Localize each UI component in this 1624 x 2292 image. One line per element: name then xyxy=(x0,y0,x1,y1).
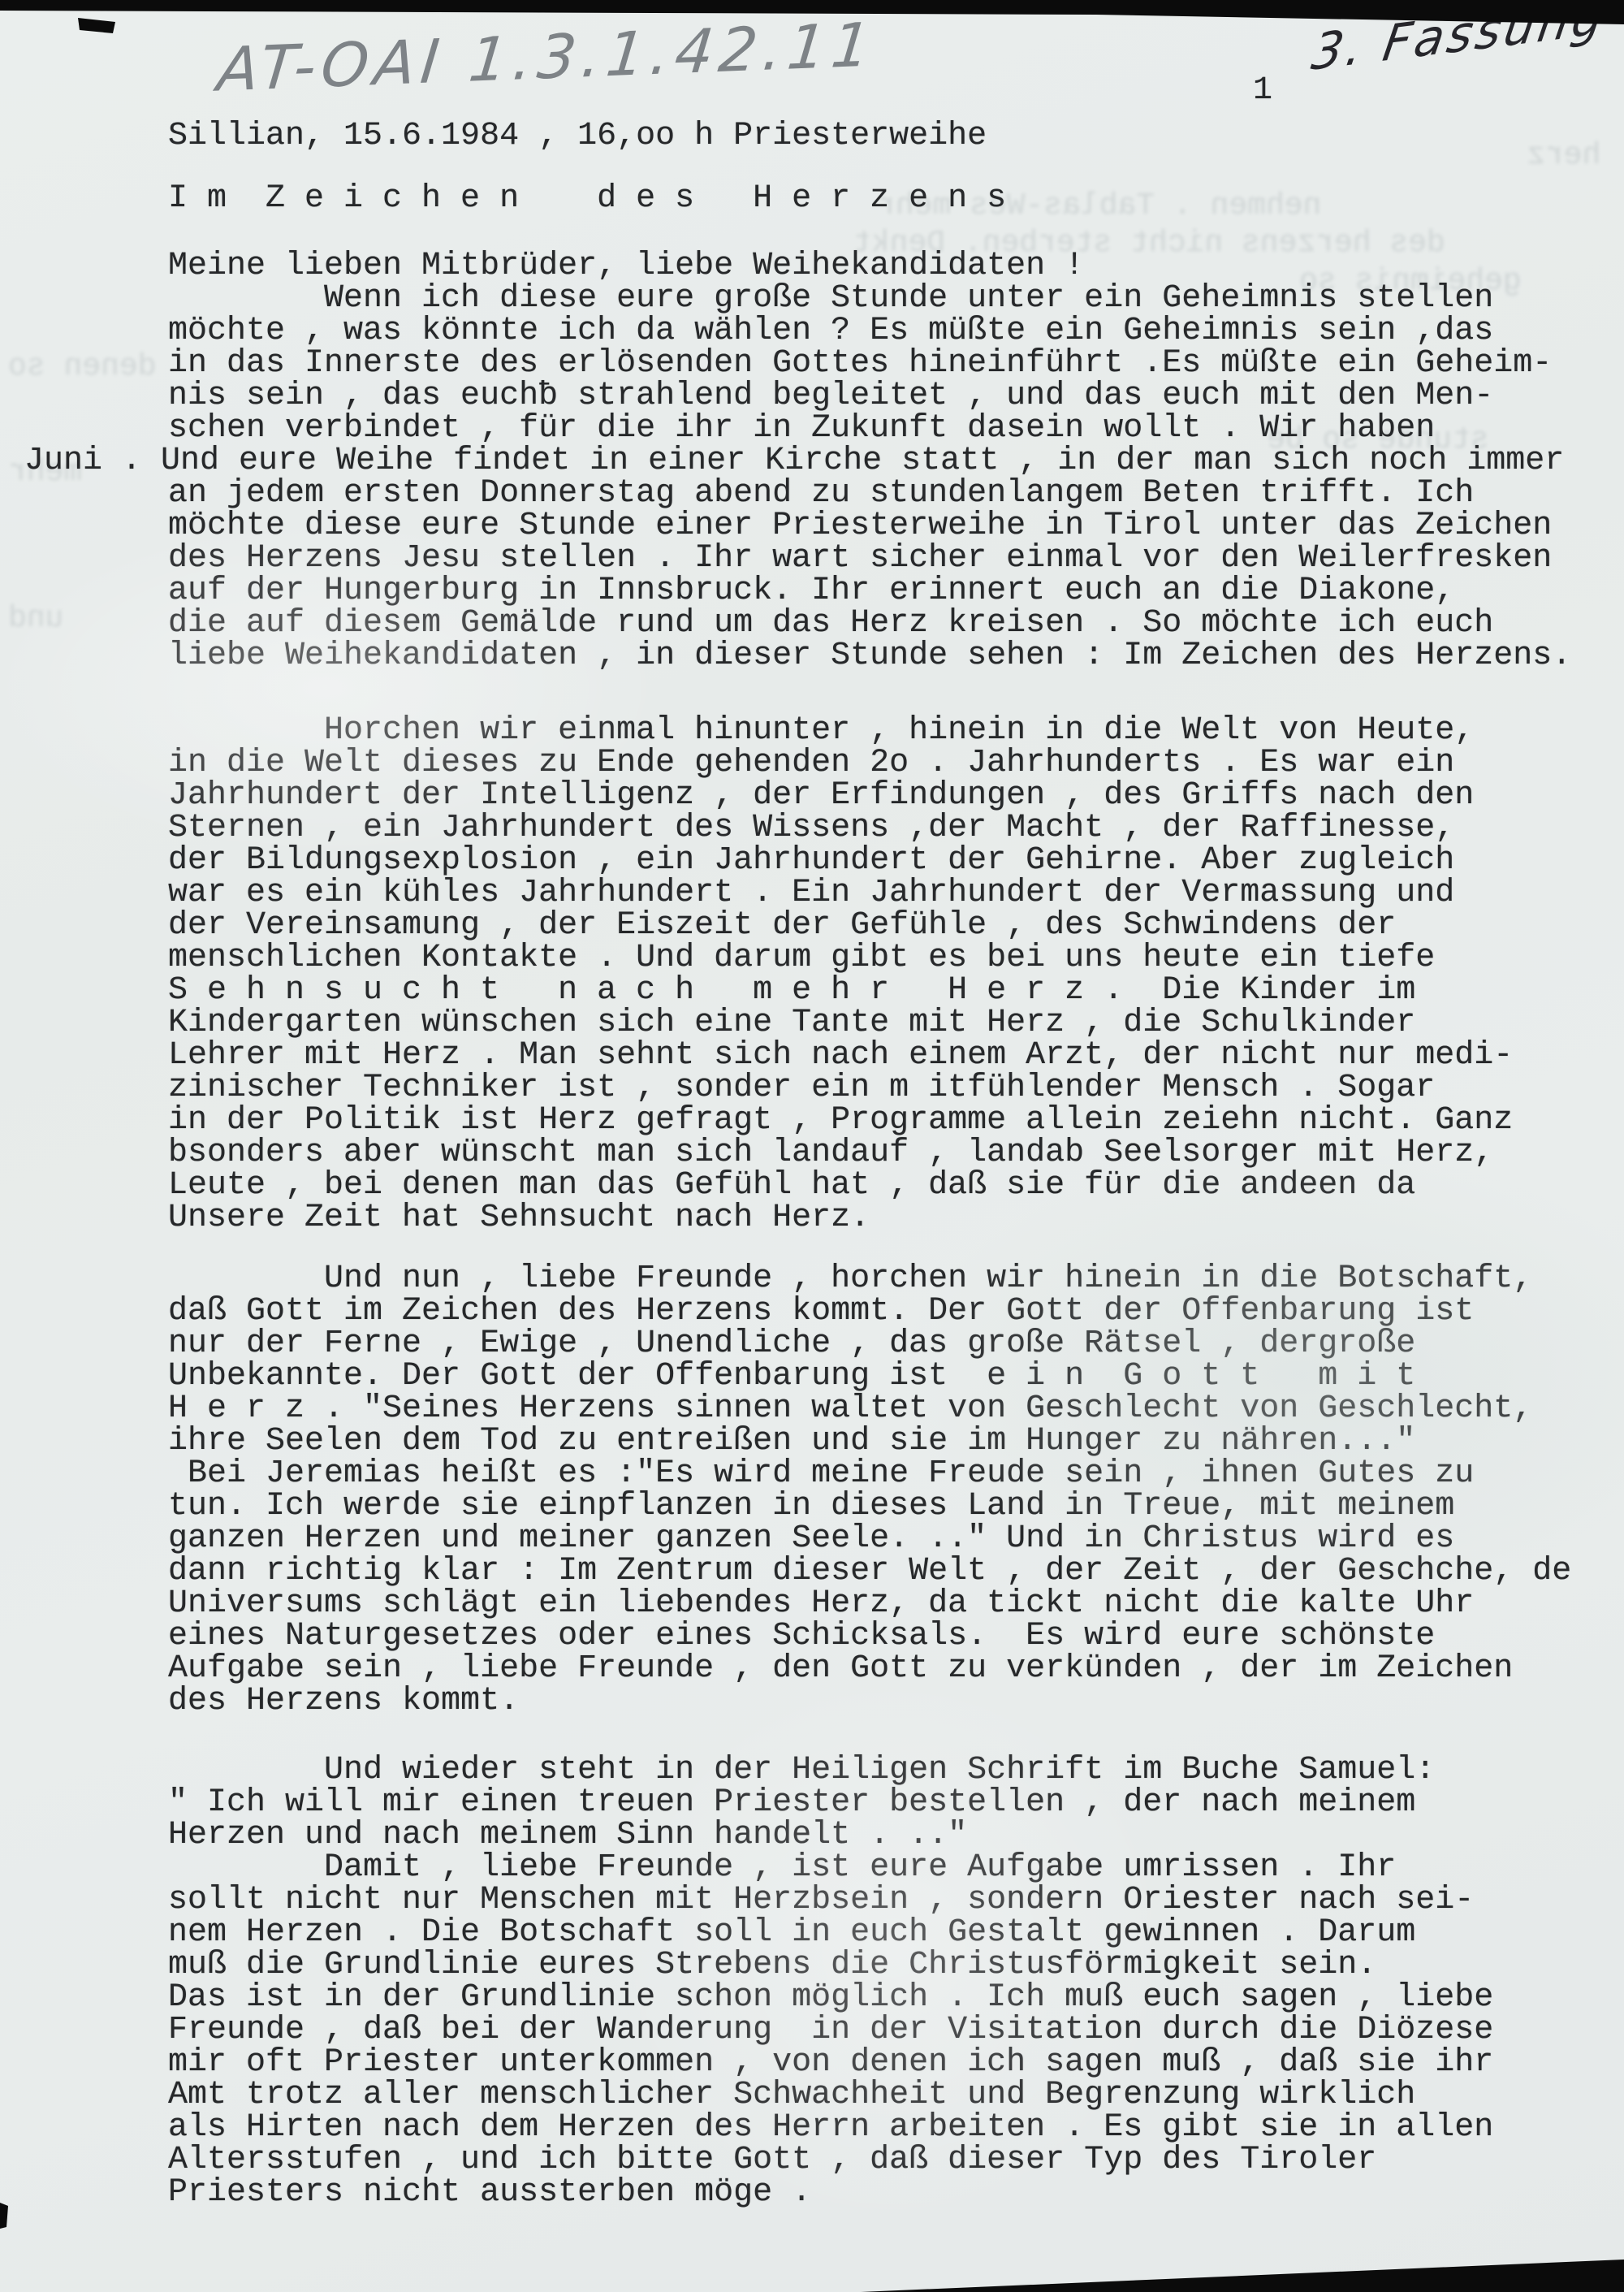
typed-line: ihre Seelen dem Tod zu entreißen und sie… xyxy=(168,1425,1571,1458)
typed-line: Universums schlägt ein liebendes Herz, d… xyxy=(168,1588,1571,1620)
typed-line: Freunde , daß bei der Wanderung in der V… xyxy=(168,2014,1493,2047)
typed-line: Sillian, 15.6.1984 , 16,oo h Priesterwei… xyxy=(168,120,987,153)
typed-paragraph-6: Meine lieben Mitbrüder, liebe Weihekandi… xyxy=(168,250,1084,283)
page-number: 1 xyxy=(1253,75,1272,107)
typed-line: Unbekannte. Der Gott der Offenbarung ist… xyxy=(168,1360,1571,1393)
typed-line: Sternen , ein Jahrhundert des Wissens ,d… xyxy=(168,812,1513,845)
typed-paragraph-5: I m Z e i c h e n d e s H e r z e n s xyxy=(168,183,1006,215)
typed-line: daß Gott im Zeichen des Herzens kommt. D… xyxy=(168,1295,1571,1328)
typed-line: " Ich will mir einen treuen Priester bes… xyxy=(168,1787,1493,1819)
typed-line: Und nun , liebe Freunde , horchen wir hi… xyxy=(168,1263,1571,1295)
typed-line: bsonders aber wünscht man sich landauf ,… xyxy=(168,1137,1513,1170)
handwritten-archive-reference: AT-OAI 1.3.1.42.11 xyxy=(214,10,879,106)
typed-line: Wenn ich diese eure große Stunde unter e… xyxy=(168,283,1571,315)
typed-line: Priesters nicht aussterben möge . xyxy=(168,2177,1493,2209)
typed-line: Horchen wir einmal hinunter , hinein in … xyxy=(168,715,1513,747)
typed-line: dann richtig klar : Im Zentrum dieser We… xyxy=(168,1555,1571,1588)
typed-line: Altersstufen , und ich bitte Gott , daß … xyxy=(168,2144,1493,2177)
typed-line: schen verbindet , für die ihr in Zukunft… xyxy=(168,413,1571,445)
typed-line: Das ist in der Grundlinie schon möglich … xyxy=(168,1982,1493,2014)
typed-line: I m Z e i c h e n d e s H e r z e n s xyxy=(168,183,1006,215)
typed-paragraph-0: Wenn ich diese eure große Stunde unter e… xyxy=(168,283,1571,672)
typed-line: nem Herzen . Die Botschaft soll in euch … xyxy=(168,1917,1493,1949)
typed-line: der Vereinsamung , der Eiszeit der Gefüh… xyxy=(168,910,1513,942)
typed-line: möchte , was könnte ich da wählen ? Es m… xyxy=(168,315,1571,348)
typed-line: an jedem ersten Donnerstag abend zu stun… xyxy=(168,478,1571,510)
typed-line: eines Naturgesetzes oder eines Schicksal… xyxy=(168,1620,1571,1653)
typed-line: mir oft Priester unterkommen , von denen… xyxy=(168,2047,1493,2079)
bleedthrough-text: und xyxy=(8,601,63,636)
typed-paragraph-4: Sillian, 15.6.1984 , 16,oo h Priesterwei… xyxy=(168,120,987,153)
bleedthrough-text: herz xyxy=(1527,138,1600,173)
typed-line: S e h n s u c h t n a c h m e h r H e r … xyxy=(168,975,1513,1007)
typed-line: ganzen Herzen und meiner ganzen Seele. .… xyxy=(168,1523,1571,1555)
typed-line: in der Politik ist Herz gefragt , Progra… xyxy=(168,1105,1513,1137)
scan-edge-bottom-right xyxy=(861,2260,1624,2292)
typed-line: Unsere Zeit hat Sehnsucht nach Herz. xyxy=(168,1202,1513,1235)
typed-paragraph-2: Und nun , liebe Freunde , horchen wir hi… xyxy=(168,1263,1571,1718)
typed-line: nur der Ferne , Ewige , Unendliche , das… xyxy=(168,1328,1571,1360)
typed-line: Damit , liebe Freunde , ist eure Aufgabe… xyxy=(168,1852,1493,1884)
scanned-page: AT-OAI 1.3.1.42.11 3. Fassung 1 nehmen .… xyxy=(0,0,1624,2292)
typed-line: Kindergarten wünschen sich eine Tante mi… xyxy=(168,1007,1513,1040)
bleedthrough-text: denen so xyxy=(8,349,156,384)
typed-line: Und wieder steht in der Heiligen Schrift… xyxy=(168,1754,1493,1787)
typed-line: Jahrhundert der Intelligenz , der Erfind… xyxy=(168,780,1513,812)
typed-line: möchte diese eure Stunde einer Priesterw… xyxy=(168,510,1571,543)
typed-line: sollt nicht nur Menschen mit Herzbsein ,… xyxy=(168,1884,1493,1917)
typed-line: Herzen und nach meinem Sinn handelt . ..… xyxy=(168,1819,1493,1852)
typed-line: in die Welt dieses zu Ende gehenden 2o .… xyxy=(168,747,1513,780)
typed-line: menschlichen Kontakte . Und darum gibt e… xyxy=(168,942,1513,975)
typed-line: H e r z . "Seines Herzens sinnen waltet … xyxy=(168,1393,1571,1425)
scan-edge-notch xyxy=(78,18,115,33)
typed-line: Amt trotz aller menschlicher Schwachheit… xyxy=(168,2079,1493,2112)
typed-line: Bei Jeremias heißt es :"Es wird meine Fr… xyxy=(168,1458,1571,1490)
typed-line: der Bildungsexplosion , ein Jahrhundert … xyxy=(168,845,1513,877)
typed-paragraph-3: Und wieder steht in der Heiligen Schrift… xyxy=(168,1754,1493,2209)
typed-line: die auf diesem Gemälde rund um das Herz … xyxy=(168,608,1571,640)
typed-line: Leute , bei denen man das Gefühl hat , d… xyxy=(168,1170,1513,1202)
typed-line: in das Innerste des erlösenden Gottes hi… xyxy=(168,348,1571,380)
typed-line: Meine lieben Mitbrüder, liebe Weihekandi… xyxy=(168,250,1084,283)
scan-edge-left-speck xyxy=(0,2203,8,2229)
typed-line: des Herzens Jesu stellen . Ihr wart sich… xyxy=(168,543,1571,575)
typed-line: liebe Weihekandidaten , in dieser Stunde… xyxy=(168,640,1571,672)
handwritten-version-note: 3. Fassung xyxy=(1308,0,1611,82)
typed-line: des Herzens kommt. xyxy=(168,1685,1571,1718)
typed-line: nis sein , das euchƀ strahlend begleitet… xyxy=(168,380,1571,413)
typed-line: Juni . Und eure Weihe findet in einer Ki… xyxy=(24,445,1571,478)
typed-line: Aufgabe sein , liebe Freunde , den Gott … xyxy=(168,1653,1571,1685)
typed-line: muß die Grundlinie eures Strebens die Ch… xyxy=(168,1949,1493,1982)
typed-line: auf der Hungerburg in Innsbruck. Ihr eri… xyxy=(168,575,1571,608)
typed-line: war es ein kühles Jahrhundert . Ein Jahr… xyxy=(168,877,1513,910)
typed-line: Lehrer mit Herz . Man sehnt sich nach ei… xyxy=(168,1040,1513,1072)
typed-line: als Hirten nach dem Herzen des Herrn arb… xyxy=(168,2112,1493,2144)
typed-paragraph-1: Horchen wir einmal hinunter , hinein in … xyxy=(168,715,1513,1235)
typed-line: zinischer Techniker ist , sonder ein m i… xyxy=(168,1072,1513,1105)
typed-line: tun. Ich werde sie einpflanzen in dieses… xyxy=(168,1490,1571,1523)
